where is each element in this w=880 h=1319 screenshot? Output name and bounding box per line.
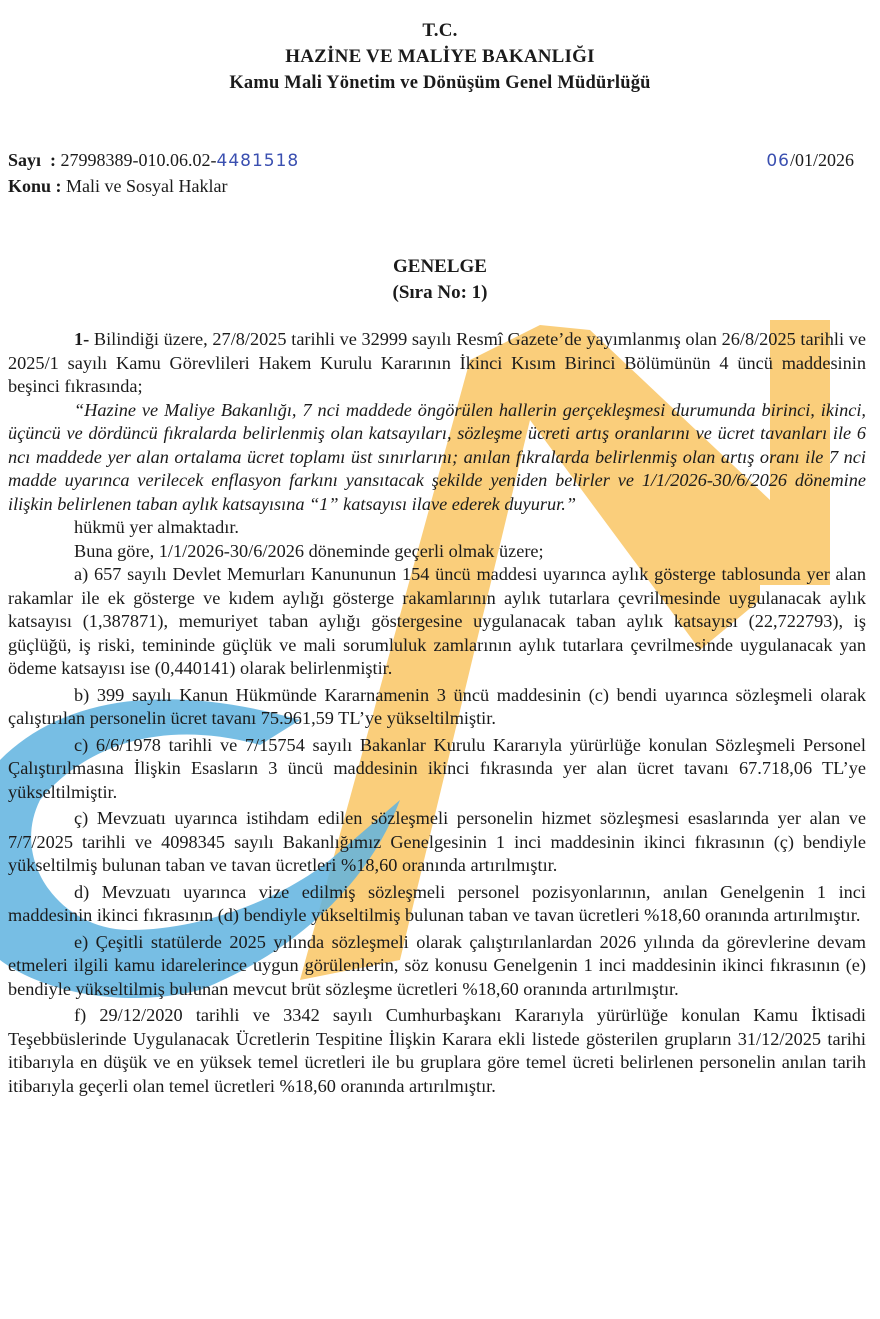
- header-ministry: HAZİNE VE MALİYE BAKANLIĞI: [0, 46, 880, 68]
- paragraph-1-number: 1-: [74, 329, 89, 349]
- quoted-provision: “Hazine ve Maliye Bakanlığı, 7 nci madde…: [8, 399, 866, 517]
- buna-gore-line: Buna göre, 1/1/2026-30/6/2026 döneminde …: [8, 540, 866, 564]
- konu-value: Mali ve Sosyal Haklar: [66, 176, 227, 196]
- konu-label: Konu: [8, 176, 51, 196]
- date-printed: /01/2026: [790, 150, 854, 170]
- item-c: c) 6/6/1978 tarihli ve 7/15754 sayılı Ba…: [8, 734, 866, 805]
- hukmu-line: hükmü yer almaktadır.: [8, 516, 866, 540]
- konu-line: Konu : Mali ve Sosyal Haklar: [8, 176, 228, 197]
- document-date: 06/01/2026: [766, 150, 854, 171]
- item-d: d) Mevzuatı uyarınca vize edilmiş sözleş…: [8, 881, 866, 928]
- item-c-cedilla: ç) Mevzuatı uyarınca istihdam edilen söz…: [8, 807, 866, 878]
- item-a: a) 657 sayılı Devlet Memurları Kanununun…: [8, 563, 866, 681]
- header-tc: T.C.: [0, 20, 880, 42]
- item-b: b) 399 sayılı Kanun Hükmünde Kararnameni…: [8, 684, 866, 731]
- paragraph-1: 1- Bilindiği üzere, 27/8/2025 tarihli ve…: [8, 328, 866, 399]
- document-title: GENELGE: [0, 256, 880, 278]
- paragraph-1-text: Bilindiği üzere, 27/8/2025 tarihli ve 32…: [8, 329, 866, 396]
- sayi-label: Sayı: [8, 150, 41, 170]
- sayi-handwritten: 4481518: [217, 151, 300, 171]
- konu-sep: :: [56, 176, 62, 196]
- document-subtitle: (Sıra No: 1): [0, 282, 880, 304]
- item-f: f) 29/12/2020 tarihli ve 3342 sayılı Cum…: [8, 1004, 866, 1098]
- item-e: e) Çeşitli statülerde 2025 yılında sözle…: [8, 931, 866, 1002]
- header-directorate: Kamu Mali Yönetim ve Dönüşüm Genel Müdür…: [0, 73, 880, 94]
- sayi-sep: :: [50, 150, 56, 170]
- document-body: 1- Bilindiği üzere, 27/8/2025 tarihli ve…: [8, 328, 866, 1098]
- sayi-line: Sayı : 27998389-010.06.02-4481518: [8, 150, 299, 171]
- sayi-printed: 27998389-010.06.02-: [61, 150, 217, 170]
- date-handwritten: 06: [766, 151, 790, 171]
